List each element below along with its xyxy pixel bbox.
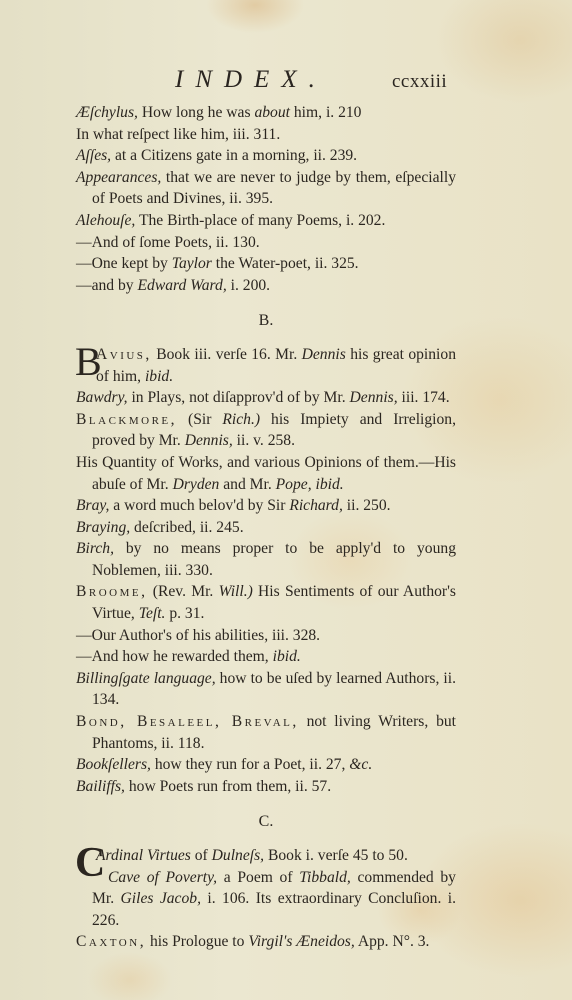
entry-italic: Teſt.: [139, 605, 166, 622]
index-entry-billingsgate: Billingſgate language, how to be uſed by…: [76, 668, 456, 711]
entry-text: p. 31.: [165, 605, 204, 622]
section-heading-c: C.: [76, 811, 456, 833]
entry-italic: Dryden: [173, 476, 220, 493]
entry-text: In what reſpect like him, iii. 311.: [76, 126, 280, 143]
index-entry-bawdry: Bawdry, in Plays, not diſapprov'd of by …: [76, 387, 456, 409]
book-page: INDEX. ccxxiii Æſchylus, How long he was…: [0, 0, 572, 1000]
index-entry-alehouse: Alehouſe, The Birth-place of many Poems,…: [76, 210, 456, 232]
entry-heading: Blackmore,: [76, 411, 177, 428]
entry-italic: Giles Jacob,: [121, 890, 201, 907]
entry-italic: Taylor: [172, 255, 212, 272]
entry-text: deſcribed, ii. 245.: [130, 519, 243, 536]
entry-heading: Avius,: [96, 346, 152, 363]
entry-text: and Mr.: [219, 476, 275, 493]
entry-text: How long he was: [138, 104, 255, 121]
entry-text: (Sir: [177, 411, 222, 428]
entry-heading: Alehouſe,: [76, 212, 135, 229]
index-subentry: —And how he rewarded them, ibid.: [76, 646, 456, 668]
entry-italic: Richard,: [289, 497, 343, 514]
entry-heading: Bray,: [76, 497, 109, 514]
entry-heading: Appearances,: [76, 169, 161, 186]
entry-text: him, i. 210: [290, 104, 361, 121]
entry-text: by no means proper to be apply'd to youn…: [92, 540, 456, 579]
entry-heading: Ardinal Virtues: [96, 847, 191, 864]
entry-italic: Dennis: [302, 346, 346, 363]
entry-text: —And of ſome Poets, ii. 130.: [76, 234, 260, 251]
index-entry-broome: Broome, (Rev. Mr. Will.) His Sentiments …: [76, 581, 456, 624]
entry-text: i. 200.: [227, 277, 270, 294]
entry-italic: Virgil's Æneidos,: [248, 933, 354, 950]
entry-italic: Rich.): [222, 411, 260, 428]
entry-italic: Will.): [219, 583, 253, 600]
drop-cap: B: [75, 342, 102, 382]
entry-text: ii. 250.: [343, 497, 391, 514]
entry-italic: Pope, ibid.: [276, 476, 344, 493]
entry-text: how Poets run from them, ii. 57.: [125, 778, 331, 795]
entry-text: —One kept by: [76, 255, 172, 272]
entry-text: Book i. verſe 45 to 50.: [264, 847, 408, 864]
entry-text: at a Citizens gate in a morning, ii. 239…: [111, 147, 357, 164]
entry-italic: Dulneſs,: [212, 847, 264, 864]
entry-heading: Bookſellers,: [76, 756, 151, 773]
entry-heading: Broome,: [76, 583, 148, 600]
entry-text: —Our Author's of his abilities, iii. 328…: [76, 627, 320, 644]
entry-text: App. N°. 3.: [355, 933, 430, 950]
index-entry-blackmore: Blackmore, (Sir Rich.) his Impiety and I…: [76, 409, 456, 452]
entry-heading: Braying,: [76, 519, 130, 536]
index-entry-cave-of-poverty: Cave of Poverty, a Poem of Tibbald, comm…: [76, 867, 456, 932]
entry-heading: Aſſes,: [76, 147, 111, 164]
entry-heading: Billingſgate language,: [76, 670, 216, 687]
entry-italic: Edward Ward,: [138, 277, 227, 294]
entry-heading: Æſchylus,: [76, 104, 138, 121]
entry-italic: Tibbald,: [299, 869, 351, 886]
entry-heading: Bailiffs,: [76, 778, 125, 795]
index-entry-bond-besaleel-breval: Bond, Besaleel, Breval, not living Write…: [76, 711, 456, 754]
index-entry-appearances: Appearances, that we are never to judge …: [76, 167, 456, 210]
entry-text: —And how he rewarded them,: [76, 648, 273, 665]
section-heading-b: B.: [76, 310, 456, 332]
index-entry-respect: In what reſpect like him, iii. 311.: [76, 124, 456, 146]
entry-italic: Dennis,: [185, 432, 233, 449]
drop-cap: C: [75, 843, 105, 883]
index-entry-cardinal-virtues: CArdinal Virtues of Dulneſs, Book i. ver…: [76, 845, 456, 867]
entry-text: (Rev. Mr.: [148, 583, 219, 600]
index-subentry: —One kept by Taylor the Water-poet, ii. …: [76, 253, 456, 275]
entry-text: the Water-poet, ii. 325.: [212, 255, 359, 272]
entry-heading: Bawdry,: [76, 389, 128, 406]
entry-text: ii. v. 258.: [233, 432, 295, 449]
entry-text: in Plays, not diſapprov'd of by Mr.: [128, 389, 350, 406]
entry-italic: ibid.: [145, 368, 173, 385]
entry-text: a word much belov'd by Sir: [109, 497, 289, 514]
entry-italic: about: [254, 104, 290, 121]
index-subentry: —And of ſome Poets, ii. 130.: [76, 232, 456, 254]
entry-italic: &c.: [349, 756, 372, 773]
index-subentry: —and by Edward Ward, i. 200.: [76, 275, 456, 297]
page-title: INDEX.: [175, 66, 327, 94]
entry-text: his Prologue to: [146, 933, 248, 950]
index-entry-aeschylus: Æſchylus, How long he was about him, i. …: [76, 102, 456, 124]
entry-italic: Dennis,: [350, 389, 398, 406]
entry-italic: ibid.: [273, 648, 301, 665]
index-entry-braying: Braying, deſcribed, ii. 245.: [76, 517, 456, 539]
running-head: INDEX. ccxxiii: [0, 66, 572, 96]
index-entry-caxton: Caxton, his Prologue to Virgil's Æneidos…: [76, 931, 456, 953]
entry-text: how they run for a Poet, ii. 27,: [151, 756, 349, 773]
entry-text: a Poem of: [217, 869, 299, 886]
index-entry-booksellers: Bookſellers, how they run for a Poet, ii…: [76, 754, 456, 776]
entry-text: Book iii. verſe 16. Mr.: [152, 346, 302, 363]
index-body: Æſchylus, How long he was about him, i. …: [76, 102, 456, 953]
entry-text: —and by: [76, 277, 138, 294]
index-entry-bavius: BAvius, Book iii. verſe 16. Mr. Dennis h…: [76, 344, 456, 387]
entry-heading: Caxton,: [76, 933, 146, 950]
entry-heading: Birch,: [76, 540, 114, 557]
entry-heading: Bond, Besaleel, Breval,: [76, 713, 299, 730]
index-entry-asses: Aſſes, at a Citizens gate in a morning, …: [76, 145, 456, 167]
index-entry-birch: Birch, by no means proper to be apply'd …: [76, 538, 456, 581]
index-subentry: His Quantity of Works, and various Opini…: [76, 452, 456, 495]
page-number: ccxxiii: [392, 71, 447, 93]
entry-text: The Birth-place of many Poems, i. 202.: [135, 212, 385, 229]
index-subentry: —Our Author's of his abilities, iii. 328…: [76, 625, 456, 647]
entry-heading: Cave of Poverty,: [108, 869, 217, 886]
entry-text: of: [191, 847, 212, 864]
index-entry-bray: Bray, a word much belov'd by Sir Richard…: [76, 495, 456, 517]
entry-text: iii. 174.: [398, 389, 450, 406]
index-entry-bailiffs: Bailiffs, how Poets run from them, ii. 5…: [76, 776, 456, 798]
